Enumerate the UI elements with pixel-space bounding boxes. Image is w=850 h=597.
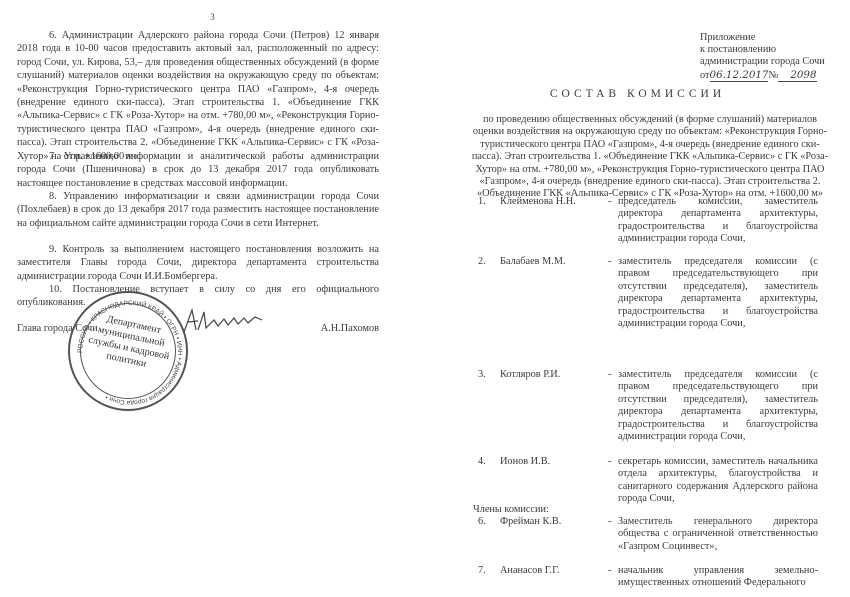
annex-header: Приложение к постановлению администрации… [700, 32, 825, 82]
member-number: 4. [478, 456, 496, 468]
member-role: Заместитель генерального директора общес… [618, 516, 818, 553]
number-prefix: № [768, 70, 778, 81]
members-label: Члены комиссии: [473, 504, 549, 515]
member-dash: - [608, 196, 611, 208]
handwritten-signature-icon [180, 306, 265, 336]
member-role: заместитель председателя комиссии (с пра… [618, 256, 818, 330]
member-name: Котляров Р.И. [500, 369, 560, 381]
member-number: 6. [478, 516, 496, 528]
member-dash: - [608, 565, 611, 577]
document-subtitle: по проведению общественных обсуждений (в… [470, 114, 830, 201]
left-page: 3 6. Администрации Адлерского района гор… [0, 0, 425, 597]
member-dash: - [608, 516, 611, 528]
member-name: Клейменова Н.Н. [500, 196, 576, 208]
decree-number: 2098 [778, 69, 816, 82]
annex-line: администрации города Сочи [700, 56, 825, 68]
member-name: Фрейман К.В. [500, 516, 561, 528]
member-number: 1. [478, 196, 496, 208]
member-role: председатель комиссии, заместитель дирек… [618, 196, 818, 246]
member-role: секретарь комиссии, заместитель начальни… [618, 456, 818, 506]
paragraph-text: 6. Администрации Адлерского района город… [17, 30, 379, 162]
page-number: 3 [0, 12, 425, 22]
member-role: начальник управления земельно-имуществен… [618, 565, 818, 590]
date-prefix: от [700, 70, 710, 81]
member-dash: - [608, 256, 611, 268]
stamp-line: службы и кадровой [86, 334, 171, 363]
stamp-center-text: Департамент муниципальной службы и кадро… [84, 311, 176, 375]
annex-date-number: от06.12.2017№2098 [700, 69, 825, 82]
member-role: заместитель председателя комиссии (с пра… [618, 369, 818, 443]
paragraph-text: 7. Управлению информации и аналитической… [17, 151, 379, 189]
member-number: 7. [478, 565, 496, 577]
paragraph-text: 8. Управлению информатизации и связи адм… [17, 191, 379, 229]
stamp-line: муниципальной [89, 323, 174, 352]
member-dash: - [608, 456, 611, 468]
decree-date: 06.12.2017 [710, 69, 769, 82]
member-name: Балабаев М.М. [500, 256, 566, 268]
paragraph-6: 6. Администрации Адлерского района город… [17, 29, 379, 163]
member-name: Ионов И.В. [500, 456, 550, 468]
paragraph-8: 8. Управлению информатизации и связи адм… [17, 190, 379, 230]
member-number: 3. [478, 369, 496, 381]
member-name: Ананасов Г.Г. [500, 565, 559, 577]
member-dash: - [608, 369, 611, 381]
official-stamp: РОССИЯ • КРАСНОДАРСКИЙ КРАЙ • ОГРН • ИНН… [68, 291, 188, 411]
paragraph-text: 9. Контроль за выполнением настоящего по… [17, 244, 379, 282]
paragraph-7: 7. Управлению информации и аналитической… [17, 150, 379, 190]
signer-name: А.Н.Пахомов [321, 323, 379, 334]
annex-line: Приложение [700, 32, 825, 44]
paragraph-9: 9. Контроль за выполнением настоящего по… [17, 243, 379, 283]
document-title: СОСТАВ КОМИССИИ [425, 88, 850, 100]
stamp-ring-icon: РОССИЯ • КРАСНОДАРСКИЙ КРАЙ • ОГРН • ИНН… [70, 293, 190, 413]
member-number: 2. [478, 256, 496, 268]
annex-line: к постановлению [700, 44, 825, 56]
stamp-line: политики [84, 346, 169, 375]
